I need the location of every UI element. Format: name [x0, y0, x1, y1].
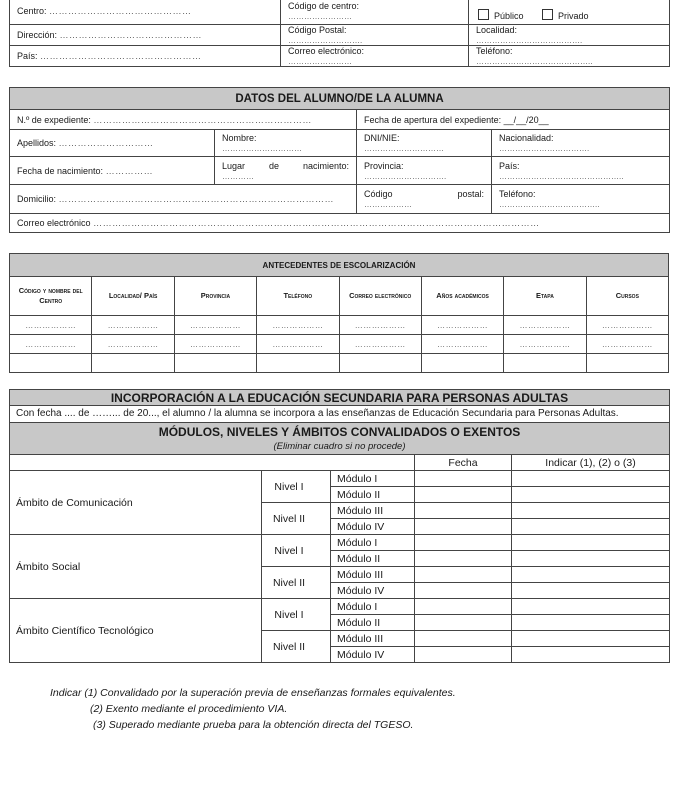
- table-cell[interactable]: ………………: [174, 316, 256, 335]
- table-cell[interactable]: ………………: [10, 316, 92, 335]
- tipo-centro-field: Público Privado: [469, 0, 670, 25]
- table-cell[interactable]: [174, 354, 256, 373]
- nacionalidad-field[interactable]: Nacionalidad:…………………………….: [492, 130, 670, 157]
- modulos-title: MÓDULOS, NIVELES Y ÁMBITOS CONVALIDADOS …: [10, 423, 670, 455]
- incorporacion-text[interactable]: Con fecha .... de ……... de 20..., el alu…: [10, 406, 670, 423]
- codigo-centro-field[interactable]: Código de centro:……………………: [281, 0, 469, 25]
- section-title: DATOS DEL ALUMNO/DE LA ALUMNA: [10, 88, 670, 110]
- table-row: ……………………………………………………………………………………………………………: [10, 335, 669, 354]
- column-header: Años académicos: [421, 277, 503, 316]
- column-header: Etapa: [504, 277, 586, 316]
- pais-alumno-field[interactable]: País:………………………………………..: [492, 157, 670, 185]
- checkbox-icon: [478, 9, 489, 20]
- cp-alumno-field[interactable]: Código postal:………………: [357, 185, 492, 214]
- alumno-table: DATOS DEL ALUMNO/DE LA ALUMNA N.º de exp…: [9, 87, 670, 233]
- modulo-label: Módulo III: [331, 567, 415, 583]
- fecha-input[interactable]: [415, 615, 512, 631]
- table-cell[interactable]: ………………: [504, 335, 586, 354]
- column-header: Provincia: [174, 277, 256, 316]
- modulo-label: Módulo III: [331, 503, 415, 519]
- column-header: Código y nombre del Centro: [10, 277, 92, 316]
- indicar-input[interactable]: [512, 583, 670, 599]
- modulo-row: Ámbito de ComunicaciónNivel IMódulo I: [10, 471, 670, 487]
- modulo-label: Módulo I: [331, 599, 415, 615]
- indicar-header: Indicar (1), (2) o (3): [512, 455, 670, 471]
- domicilio-field[interactable]: Domicilio: ……………………………………………………………………………: [10, 185, 357, 214]
- table-cell[interactable]: ………………: [421, 316, 503, 335]
- fecha-apertura-field[interactable]: Fecha de apertura del expediente: __/__/…: [357, 110, 670, 130]
- direccion-field[interactable]: Dirección: ………………………………………: [10, 25, 281, 46]
- nivel-label: Nivel I: [262, 471, 331, 503]
- pais-field[interactable]: País: ……………………………………………: [10, 46, 281, 67]
- provincia-field[interactable]: Provincia:………………………….: [357, 157, 492, 185]
- ambito-label: Ámbito Social: [10, 535, 262, 599]
- indicar-input[interactable]: [512, 599, 670, 615]
- note-3: (3) Superado mediante prueba para la obt…: [50, 717, 456, 733]
- section-title: INCORPORACIÓN A LA EDUCACIÓN SECUNDARIA …: [10, 390, 670, 406]
- fecha-input[interactable]: [415, 631, 512, 647]
- indicar-input[interactable]: [512, 503, 670, 519]
- table-cell[interactable]: ………………: [257, 335, 339, 354]
- indicar-input[interactable]: [512, 631, 670, 647]
- nivel-label: Nivel I: [262, 599, 331, 631]
- fecha-nacimiento-field[interactable]: Fecha de nacimiento: ……………: [10, 157, 215, 185]
- note-2: (2) Exento mediante el procedimiento VIA…: [50, 701, 456, 717]
- modulo-label: Módulo II: [331, 551, 415, 567]
- modulo-label: Módulo IV: [331, 583, 415, 599]
- indicar-input[interactable]: [512, 647, 670, 663]
- modulo-label: Módulo IV: [331, 519, 415, 535]
- fecha-header: Fecha: [415, 455, 512, 471]
- privado-checkbox[interactable]: Privado: [542, 11, 589, 21]
- indicar-input[interactable]: [512, 471, 670, 487]
- indicar-input[interactable]: [512, 615, 670, 631]
- note-1: Indicar (1) Convalidado por la superació…: [50, 685, 456, 701]
- ambito-label: Ámbito Científico Tecnológico: [10, 599, 262, 663]
- modulo-row: Ámbito Científico TecnológicoNivel IMódu…: [10, 599, 670, 615]
- fecha-input[interactable]: [415, 647, 512, 663]
- expediente-field[interactable]: N.º de expediente: …………………………………………………………: [10, 110, 357, 130]
- table-cell[interactable]: [10, 354, 92, 373]
- modulo-row: Ámbito SocialNivel IMódulo I: [10, 535, 670, 551]
- column-header: Correo electrónico: [339, 277, 421, 316]
- fecha-input[interactable]: [415, 567, 512, 583]
- table-cell[interactable]: ………………: [504, 316, 586, 335]
- notes: Indicar (1) Convalidado por la superació…: [50, 685, 456, 733]
- apellidos-field[interactable]: Apellidos: …………………………: [10, 130, 215, 157]
- table-cell[interactable]: ………………: [10, 335, 92, 354]
- nivel-label: Nivel II: [262, 503, 331, 535]
- table-cell[interactable]: ………………: [339, 316, 421, 335]
- correo-centro-field[interactable]: Correo electrónico:……………………: [281, 46, 469, 67]
- table-cell[interactable]: ………………: [92, 335, 174, 354]
- antecedentes-table: ANTECEDENTES DE ESCOLARIZACIÓN Código y …: [9, 253, 669, 373]
- modulo-label: Módulo II: [331, 615, 415, 631]
- dni-field[interactable]: DNI/NIE:…………………………: [357, 130, 492, 157]
- table-cell[interactable]: [339, 354, 421, 373]
- table-cell[interactable]: [586, 354, 668, 373]
- fecha-input[interactable]: [415, 551, 512, 567]
- table-row: ……………………………………………………………………………………………………………: [10, 316, 669, 335]
- table-cell[interactable]: ………………: [421, 335, 503, 354]
- telefono-alumno-field[interactable]: Teléfono:………………………………..: [492, 185, 670, 214]
- lugar-nacimiento-field[interactable]: Lugar de nacimiento:…………: [215, 157, 357, 185]
- indicar-input[interactable]: [512, 551, 670, 567]
- fecha-input[interactable]: [415, 471, 512, 487]
- modulo-label: Módulo I: [331, 535, 415, 551]
- modulo-label: Módulo II: [331, 487, 415, 503]
- nivel-label: Nivel II: [262, 631, 331, 663]
- section-title: ANTECEDENTES DE ESCOLARIZACIÓN: [10, 254, 669, 277]
- nivel-label: Nivel I: [262, 535, 331, 567]
- indicar-input[interactable]: [512, 535, 670, 551]
- table-cell[interactable]: [92, 354, 174, 373]
- ambito-label: Ámbito de Comunicación: [10, 471, 262, 535]
- incorporacion-table: INCORPORACIÓN A LA EDUCACIÓN SECUNDARIA …: [9, 389, 670, 663]
- fecha-input[interactable]: [415, 487, 512, 503]
- indicar-input[interactable]: [512, 487, 670, 503]
- fecha-input[interactable]: [415, 503, 512, 519]
- publico-checkbox[interactable]: Público: [478, 11, 524, 21]
- modulo-label: Módulo IV: [331, 647, 415, 663]
- fecha-input[interactable]: [415, 535, 512, 551]
- localidad-field[interactable]: Localidad:………………………………….: [469, 25, 670, 46]
- column-header: Cursos: [586, 277, 668, 316]
- nombre-field[interactable]: Nombre:…………………………: [215, 130, 357, 157]
- telefono-centro-field[interactable]: Teléfono:……………………………………..: [469, 46, 670, 67]
- column-header: Localidad/ País: [92, 277, 174, 316]
- table-cell[interactable]: ………………: [339, 335, 421, 354]
- table-cell[interactable]: ………………: [586, 335, 668, 354]
- codigo-postal-field[interactable]: Código Postal:……………………….: [281, 25, 469, 46]
- indicar-input[interactable]: [512, 567, 670, 583]
- table-cell[interactable]: ………………: [92, 316, 174, 335]
- column-header: Teléfono: [257, 277, 339, 316]
- fecha-input[interactable]: [415, 599, 512, 615]
- table-cell[interactable]: ………………: [174, 335, 256, 354]
- table-cell[interactable]: [504, 354, 586, 373]
- centro-field[interactable]: Centro: ………………………………………: [10, 0, 281, 25]
- correo-alumno-field[interactable]: Correo electrónico …………………………………………………………: [10, 214, 670, 233]
- fecha-input[interactable]: [415, 519, 512, 535]
- fecha-input[interactable]: [415, 583, 512, 599]
- table-cell[interactable]: [257, 354, 339, 373]
- centro-table: Centro: ……………………………………… Código de centro…: [9, 0, 670, 67]
- table-cell[interactable]: [421, 354, 503, 373]
- modulo-label: Módulo I: [331, 471, 415, 487]
- indicar-input[interactable]: [512, 519, 670, 535]
- nivel-label: Nivel II: [262, 567, 331, 599]
- table-cell[interactable]: ………………: [586, 316, 668, 335]
- checkbox-icon: [542, 9, 553, 20]
- table-row: [10, 354, 669, 373]
- table-cell[interactable]: ………………: [257, 316, 339, 335]
- modulo-label: Módulo III: [331, 631, 415, 647]
